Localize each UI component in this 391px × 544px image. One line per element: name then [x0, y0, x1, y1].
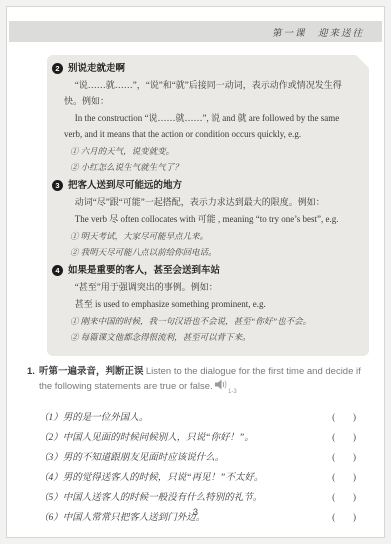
exercise-title-line: 1. 听第一遍录音，判断正误 Listen to the dialogue fo… — [27, 365, 366, 399]
answer-blank: ( ) — [332, 428, 360, 448]
grammar-section: 4 如果是重要的客人，甚至会送到车站 “甚至”用于强调突出的事例。例如： 甚至 … — [52, 263, 357, 345]
example-sentence: ② 每篇课文他都念得很流利，甚至可以背下来。 — [70, 329, 357, 345]
grammar-section-heading: 2 别说走就走啊 — [52, 61, 357, 76]
statement-row: （3）男的不知道跟朋友见面时应该说什么。 ( ) — [39, 448, 366, 468]
example-sentence: ① 明天考试，大家尽可能早点儿来。 — [70, 228, 357, 244]
statement-text: （4）男的觉得送客人的时候，只说“再见！”不太好。 — [39, 468, 263, 488]
grammar-section-title: 把客人送到尽可能远的地方 — [68, 178, 182, 193]
grammar-section-title: 别说走就走啊 — [68, 61, 125, 76]
answer-blank: ( ) — [332, 488, 360, 508]
exercise-number: 1. — [27, 365, 35, 399]
audio-track-indicator: 1-3 — [215, 379, 237, 399]
explanation-english: The verb 尽 often collocates with 可能 , me… — [64, 211, 357, 227]
statement-row: （2）中国人见面的时候问候别人，只说“你好！”。 ( ) — [39, 428, 366, 448]
answer-blank: ( ) — [332, 448, 360, 468]
statement-text: （5）中国人送客人的时候一般没有什么特别的礼节。 — [39, 488, 262, 508]
example-sentence: ① 刚来中国的时候，我一句汉语也不会说，甚至“你好”也不会。 — [70, 313, 357, 329]
explanation-english: In the construction “说……就……”, 说 and 就 ar… — [64, 110, 357, 142]
explanation-chinese: “说……就……”，“说”和“就”后接同一动词，表示动作或情况发生得快。例如： — [64, 77, 357, 109]
grammar-section-heading: 3 把客人送到尽可能远的地方 — [52, 178, 357, 193]
speaker-icon — [215, 379, 228, 390]
explanation-chinese: 动词“尽”跟“可能”一起搭配，表示力求达到最大的限度。例如： — [64, 194, 357, 210]
example-sentence: ① 六月的天气，说变就变。 — [70, 143, 357, 159]
exercise-title-chinese: 听第一遍录音，判断正误 — [39, 366, 144, 377]
lesson-title: 第一课 迎来送往 — [272, 25, 364, 39]
page-header: 第一课 迎来送往 — [9, 21, 382, 42]
statement-row: （5）中国人送客人的时候一般没有什么特别的礼节。 ( ) — [39, 488, 366, 508]
grammar-section: 3 把客人送到尽可能远的地方 动词“尽”跟“可能”一起搭配，表示力求达到最大的限… — [52, 178, 357, 260]
grammar-section-title: 如果是重要的客人，甚至会送到车站 — [68, 263, 220, 278]
section-number-badge: 3 — [52, 180, 63, 191]
statement-row: （4）男的觉得送客人的时候，只说“再见！”不太好。 ( ) — [39, 468, 366, 488]
statement-text: （1）男的是一位外国人。 — [39, 408, 148, 428]
audio-track-label: 1-3 — [228, 389, 237, 395]
grammar-section: 2 别说走就走啊 “说……就……”，“说”和“就”后接同一动词，表示动作或情况发… — [52, 61, 357, 175]
explanation-english: 甚至 is used to emphasize something promin… — [64, 296, 357, 312]
grammar-notes-box: 2 别说走就走啊 “说……就……”，“说”和“就”后接同一动词，表示动作或情况发… — [47, 55, 369, 356]
answer-blank: ( ) — [332, 408, 360, 428]
section-number-badge: 4 — [52, 265, 63, 276]
example-sentence: ② 我明天尽可能八点以前给你回电话。 — [70, 244, 357, 260]
page-number: 3 — [7, 507, 384, 517]
example-sentence: ② 小红怎么说生气就生气了？ — [70, 159, 357, 175]
textbook-page: 第一课 迎来送往 2 别说走就走啊 “说……就……”，“说”和“就”后接同一动词… — [6, 6, 385, 538]
statement-text: （3）男的不知道跟朋友见面时应该说什么。 — [39, 448, 224, 468]
listening-exercise: 1. 听第一遍录音，判断正误 Listen to the dialogue fo… — [27, 365, 366, 528]
grammar-section-heading: 4 如果是重要的客人，甚至会送到车站 — [52, 263, 357, 278]
exercise-title: 听第一遍录音，判断正误 Listen to the dialogue for t… — [39, 365, 366, 399]
answer-blank: ( ) — [332, 468, 360, 488]
section-number-badge: 2 — [52, 63, 63, 74]
statement-row: （1）男的是一位外国人。 ( ) — [39, 408, 366, 428]
explanation-chinese: “甚至”用于强调突出的事例。例如： — [64, 279, 357, 295]
statement-text: （2）中国人见面的时候问候别人，只说“你好！”。 — [39, 428, 254, 448]
